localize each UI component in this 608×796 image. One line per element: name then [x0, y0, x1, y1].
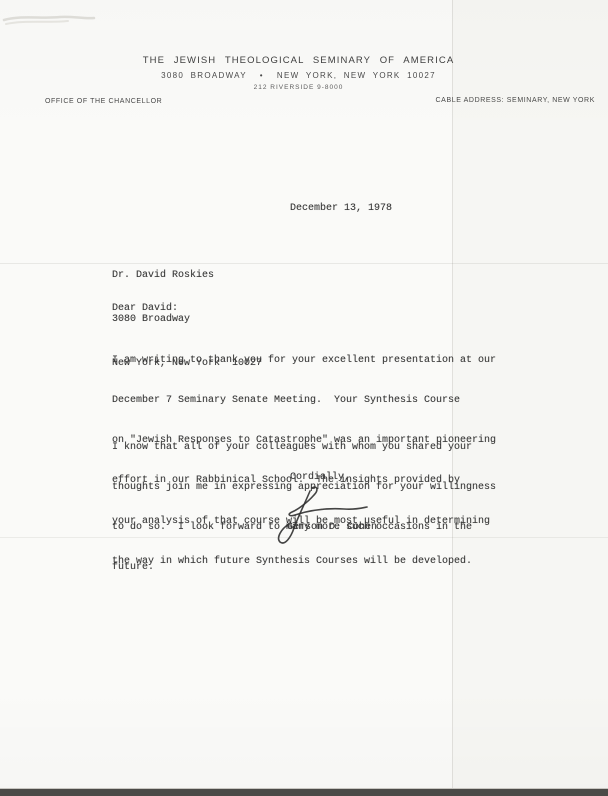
letter-page: THE JEWISH THEOLOGICAL SEMINARY OF AMERI…: [0, 0, 608, 796]
horizontal-fold-line-upper: [0, 263, 608, 264]
signature-scribble: [272, 483, 372, 551]
closing-salutation: Cordially,: [290, 472, 350, 483]
vertical-fold-line: [452, 0, 453, 796]
body-line: December 7 Seminary Senate Meeting. Your…: [112, 394, 496, 407]
body-line: I know that all of your colleagues with …: [112, 441, 496, 454]
horizontal-fold-line-lower: [0, 537, 608, 538]
scan-right-tint: [453, 0, 608, 796]
body-line: future.: [112, 561, 496, 574]
recipient-line: Dr. David Roskies: [112, 269, 262, 284]
salutation: Dear David:: [112, 303, 178, 314]
pencil-scribble-mark: [2, 8, 98, 34]
signer-name: Gerson D. Cohen: [287, 522, 377, 533]
body-line: I am writing to thank you for your excel…: [112, 354, 496, 367]
letter-date: December 13, 1978: [290, 203, 392, 214]
scan-bottom-edge: [0, 789, 608, 796]
recipient-line: 3080 Broadway: [112, 313, 262, 328]
office-of-chancellor-label: OFFICE OF THE CHANCELLOR: [45, 98, 162, 105]
